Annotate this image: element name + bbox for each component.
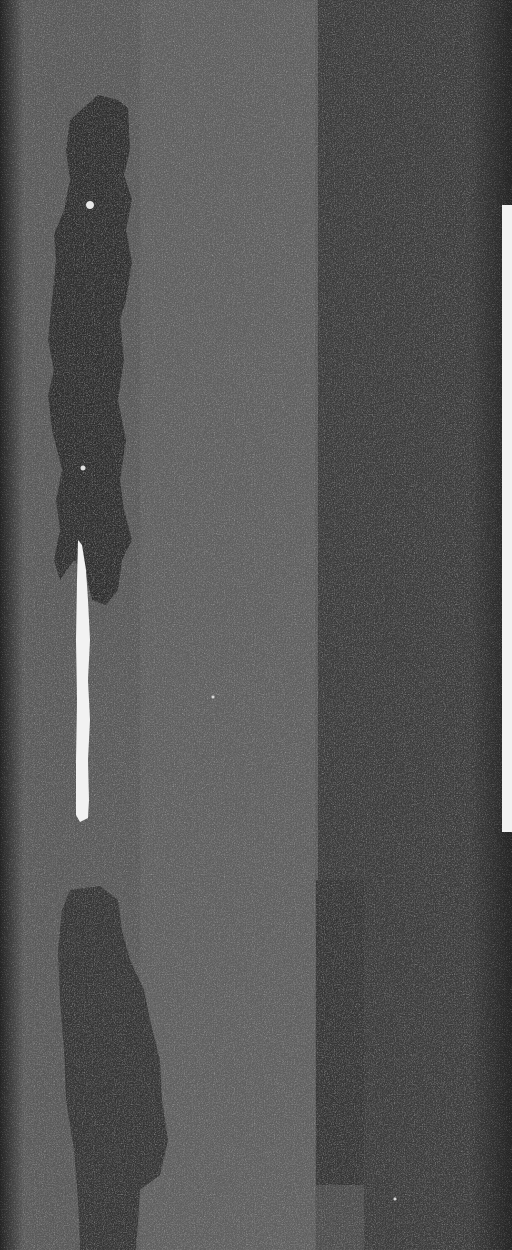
debris-spot bbox=[394, 1198, 397, 1201]
debris-spot bbox=[81, 466, 86, 471]
debris-spot bbox=[212, 696, 215, 699]
road-photo: Top-down grayscale photograph of an asph… bbox=[0, 0, 512, 1250]
road-surface bbox=[0, 0, 512, 1250]
debris-spot bbox=[86, 201, 94, 209]
lane-marking-right bbox=[502, 205, 512, 832]
